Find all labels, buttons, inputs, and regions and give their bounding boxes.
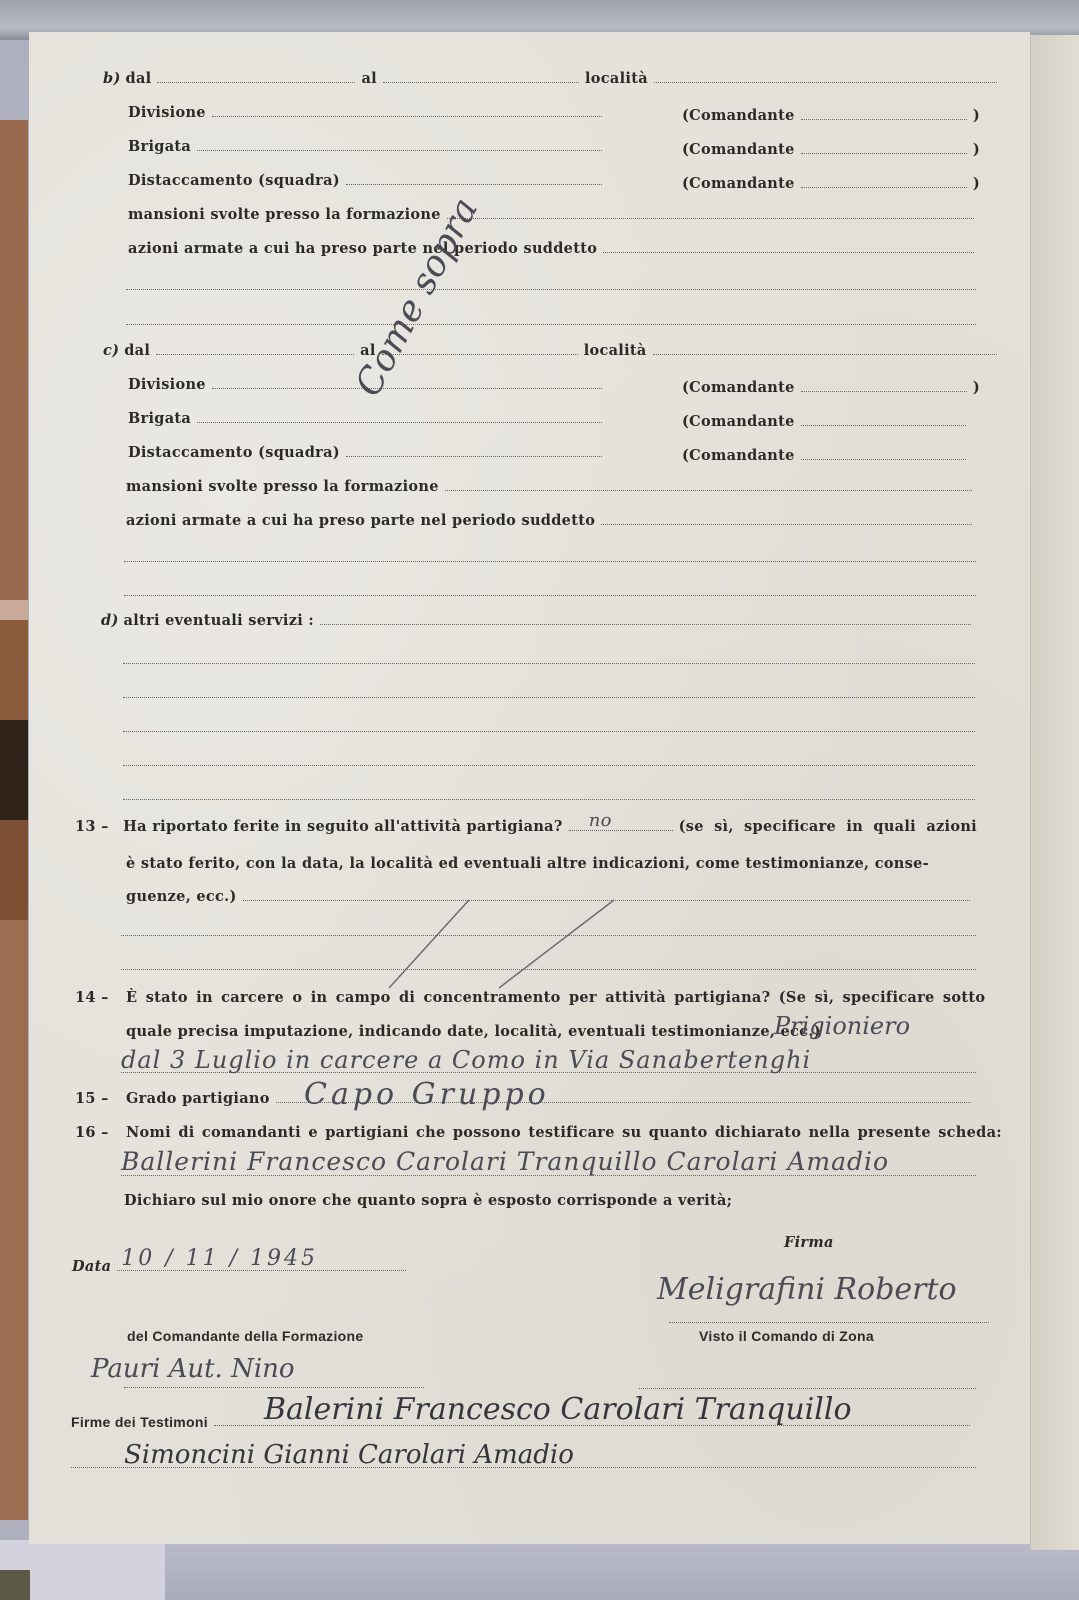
q14-answer-b: dal 3 Luglio in carcere a Como in Via Sa… (121, 1046, 811, 1074)
brigata-field[interactable] (197, 422, 602, 423)
commander-label: del Comandante della Formazione (127, 1328, 363, 1344)
dal-label: dal (124, 342, 150, 359)
folder-edge (0, 120, 30, 1500)
signature-value: Meligrafini Roberto (657, 1272, 957, 1307)
q16-number: 16 – (75, 1124, 126, 1141)
localita-label: località (584, 342, 647, 359)
firma-label: Firma (784, 1234, 834, 1251)
comandante-label: (Comandante (682, 447, 795, 464)
zone-signature-line[interactable] (639, 1388, 976, 1389)
section-d-marker: d) (101, 612, 119, 629)
servizi-line[interactable] (123, 765, 975, 766)
dal-field[interactable] (157, 82, 355, 83)
brigata-label: Brigata (128, 138, 191, 155)
q13-answer-field[interactable]: no (569, 830, 673, 831)
q14-number: 14 – (75, 989, 126, 1006)
section-b-comandante-2: (Comandante ) (682, 141, 980, 158)
q14-answer-a: Prigioniero (774, 1012, 910, 1040)
mansioni-field[interactable] (445, 490, 972, 491)
servizi-line[interactable] (123, 799, 975, 800)
servizi-line[interactable] (123, 697, 975, 698)
q13-answer: no (589, 810, 612, 831)
comandante-field[interactable] (801, 187, 967, 188)
al-field[interactable] (382, 354, 578, 355)
distaccamento-field[interactable] (346, 456, 602, 457)
q13-number: 13 – (75, 818, 123, 835)
next-page-edge (1030, 35, 1079, 1550)
q15-number: 15 – (75, 1090, 126, 1107)
q16-label: Nomi di comandanti e partigiani che poss… (126, 1124, 1002, 1141)
comandante-label: (Comandante (682, 141, 795, 158)
distaccamento-label: Distaccamento (squadra) (128, 444, 340, 461)
azioni-line[interactable] (124, 561, 976, 562)
q13-line1: 13 – Ha riportato ferite in seguito all'… (75, 818, 977, 835)
al-label: al (361, 70, 377, 87)
section-c-brigata: Brigata (128, 410, 608, 427)
commander-signature-line[interactable] (124, 1387, 424, 1388)
date-label: Data (72, 1258, 111, 1275)
handwritten-come-sopra: Come sopra (348, 191, 487, 403)
distaccamento-field[interactable] (346, 184, 602, 185)
date-field[interactable]: 10 / 11 / 1945 (117, 1270, 406, 1271)
comandante-label: (Comandante (682, 413, 795, 430)
comandante-label: (Comandante (682, 175, 795, 192)
distaccamento-label: Distaccamento (squadra) (128, 172, 340, 189)
section-b-divisione: Divisione (128, 104, 608, 121)
servizi-line[interactable] (123, 663, 975, 664)
section-c-dates: c) dal al località (103, 342, 1003, 359)
witnesses-line1: Balerini Francesco Carolari Tranquillo (264, 1392, 852, 1427)
background-ribbon-bottom (0, 1540, 1079, 1600)
brigata-field[interactable] (197, 150, 602, 151)
section-b-marker: b) (103, 70, 121, 87)
dal-label: dal (126, 70, 152, 87)
date-row: Data 10 / 11 / 1945 (72, 1258, 412, 1275)
section-c-distaccamento: Distaccamento (squadra) (128, 444, 608, 461)
q14-line2: quale precisa imputazione, indicando dat… (126, 1023, 821, 1040)
section-b-azioni: azioni armate a cui ha preso parte nel p… (128, 240, 980, 257)
azioni-line[interactable] (126, 324, 976, 325)
mansioni-label: mansioni svolte presso la formazione (128, 206, 441, 223)
divisione-label: Divisione (128, 104, 206, 121)
section-c-marker: c) (103, 342, 119, 359)
section-c-comandante-3: (Comandante (682, 447, 972, 464)
section-c-comandante-2: (Comandante (682, 413, 972, 430)
witnesses-line2: Simoncini Gianni Carolari Amadio (124, 1440, 574, 1470)
section-c-azioni: azioni armate a cui ha preso parte nel p… (126, 512, 978, 529)
dal-field[interactable] (156, 354, 354, 355)
altri-servizi-field[interactable] (320, 624, 971, 625)
form-page: b) dal al località Divisione (Comandante… (29, 32, 1030, 1544)
azioni-label: azioni armate a cui ha preso parte nel p… (126, 512, 595, 529)
divisione-field[interactable] (212, 388, 602, 389)
azioni-line[interactable] (126, 289, 976, 290)
declaration-text: Dichiaro sul mio onore che quanto sopra … (124, 1192, 732, 1209)
q13-line3-text: guenze, ecc.) (126, 888, 237, 905)
comandante-field[interactable] (801, 153, 967, 154)
section-b-distaccamento: Distaccamento (squadra) (128, 172, 608, 189)
localita-field[interactable] (653, 354, 997, 355)
azioni-label: azioni armate a cui ha preso parte nel p… (128, 240, 597, 257)
servizi-line[interactable] (123, 731, 975, 732)
comandante-field[interactable] (801, 425, 966, 426)
localita-field[interactable] (654, 82, 997, 83)
q16-line: 16 –Nomi di comandanti e partigiani che … (75, 1124, 1002, 1141)
q16-answer: Ballerini Francesco Carolari Tranquillo … (121, 1147, 889, 1176)
date-value: 10 / 11 / 1945 (121, 1246, 318, 1271)
q13-instructions: (se sì, specificare in quali azioni (679, 818, 977, 835)
section-d: d) altri eventuali servizi : (101, 612, 977, 629)
q15-answer: Capo Gruppo (304, 1077, 550, 1112)
q13-line2: è stato ferito, con la data, la località… (126, 855, 929, 872)
comandante-label: (Comandante (682, 107, 795, 124)
q13-question: Ha riportato ferite in seguito all'attiv… (123, 818, 563, 835)
azioni-field[interactable] (601, 524, 972, 525)
divisione-field[interactable] (212, 116, 602, 117)
section-b-comandante-1: (Comandante ) (682, 107, 980, 124)
comandante-field[interactable] (801, 119, 967, 120)
altri-servizi-label: altri eventuali servizi : (124, 612, 315, 629)
azioni-line[interactable] (124, 595, 976, 596)
strike-marks (369, 892, 629, 992)
mansioni-label: mansioni svolte presso la formazione (126, 478, 439, 495)
divisione-label: Divisione (128, 376, 206, 393)
azioni-field[interactable] (603, 252, 974, 253)
localita-label: località (585, 70, 648, 87)
section-c-comandante-1: (Comandante ) (682, 379, 980, 396)
q14-question: È stato in carcere o in campo di concent… (126, 989, 985, 1006)
q14-line1: 14 –È stato in carcere o in campo di con… (75, 989, 985, 1006)
zone-label: Visto il Comando di Zona (699, 1328, 874, 1344)
comandante-label: (Comandante (682, 379, 795, 396)
brigata-label: Brigata (128, 410, 191, 427)
section-b-mansioni: mansioni svolte presso la formazione (128, 206, 980, 223)
commander-signature: Pauri Aut. Nino (91, 1354, 295, 1384)
mansioni-field[interactable] (447, 218, 974, 219)
signature-line[interactable] (669, 1322, 989, 1323)
comandante-field[interactable] (801, 391, 967, 392)
section-c-mansioni: mansioni svolte presso la formazione (126, 478, 978, 495)
q15-label: Grado partigiano (126, 1090, 270, 1107)
section-b-comandante-3: (Comandante ) (682, 175, 980, 192)
section-b-brigata: Brigata (128, 138, 608, 155)
witnesses-label: Firme dei Testimoni (71, 1414, 208, 1430)
comandante-field[interactable] (801, 459, 966, 460)
al-field[interactable] (383, 82, 579, 83)
section-b-dates: b) dal al località (103, 70, 1003, 87)
